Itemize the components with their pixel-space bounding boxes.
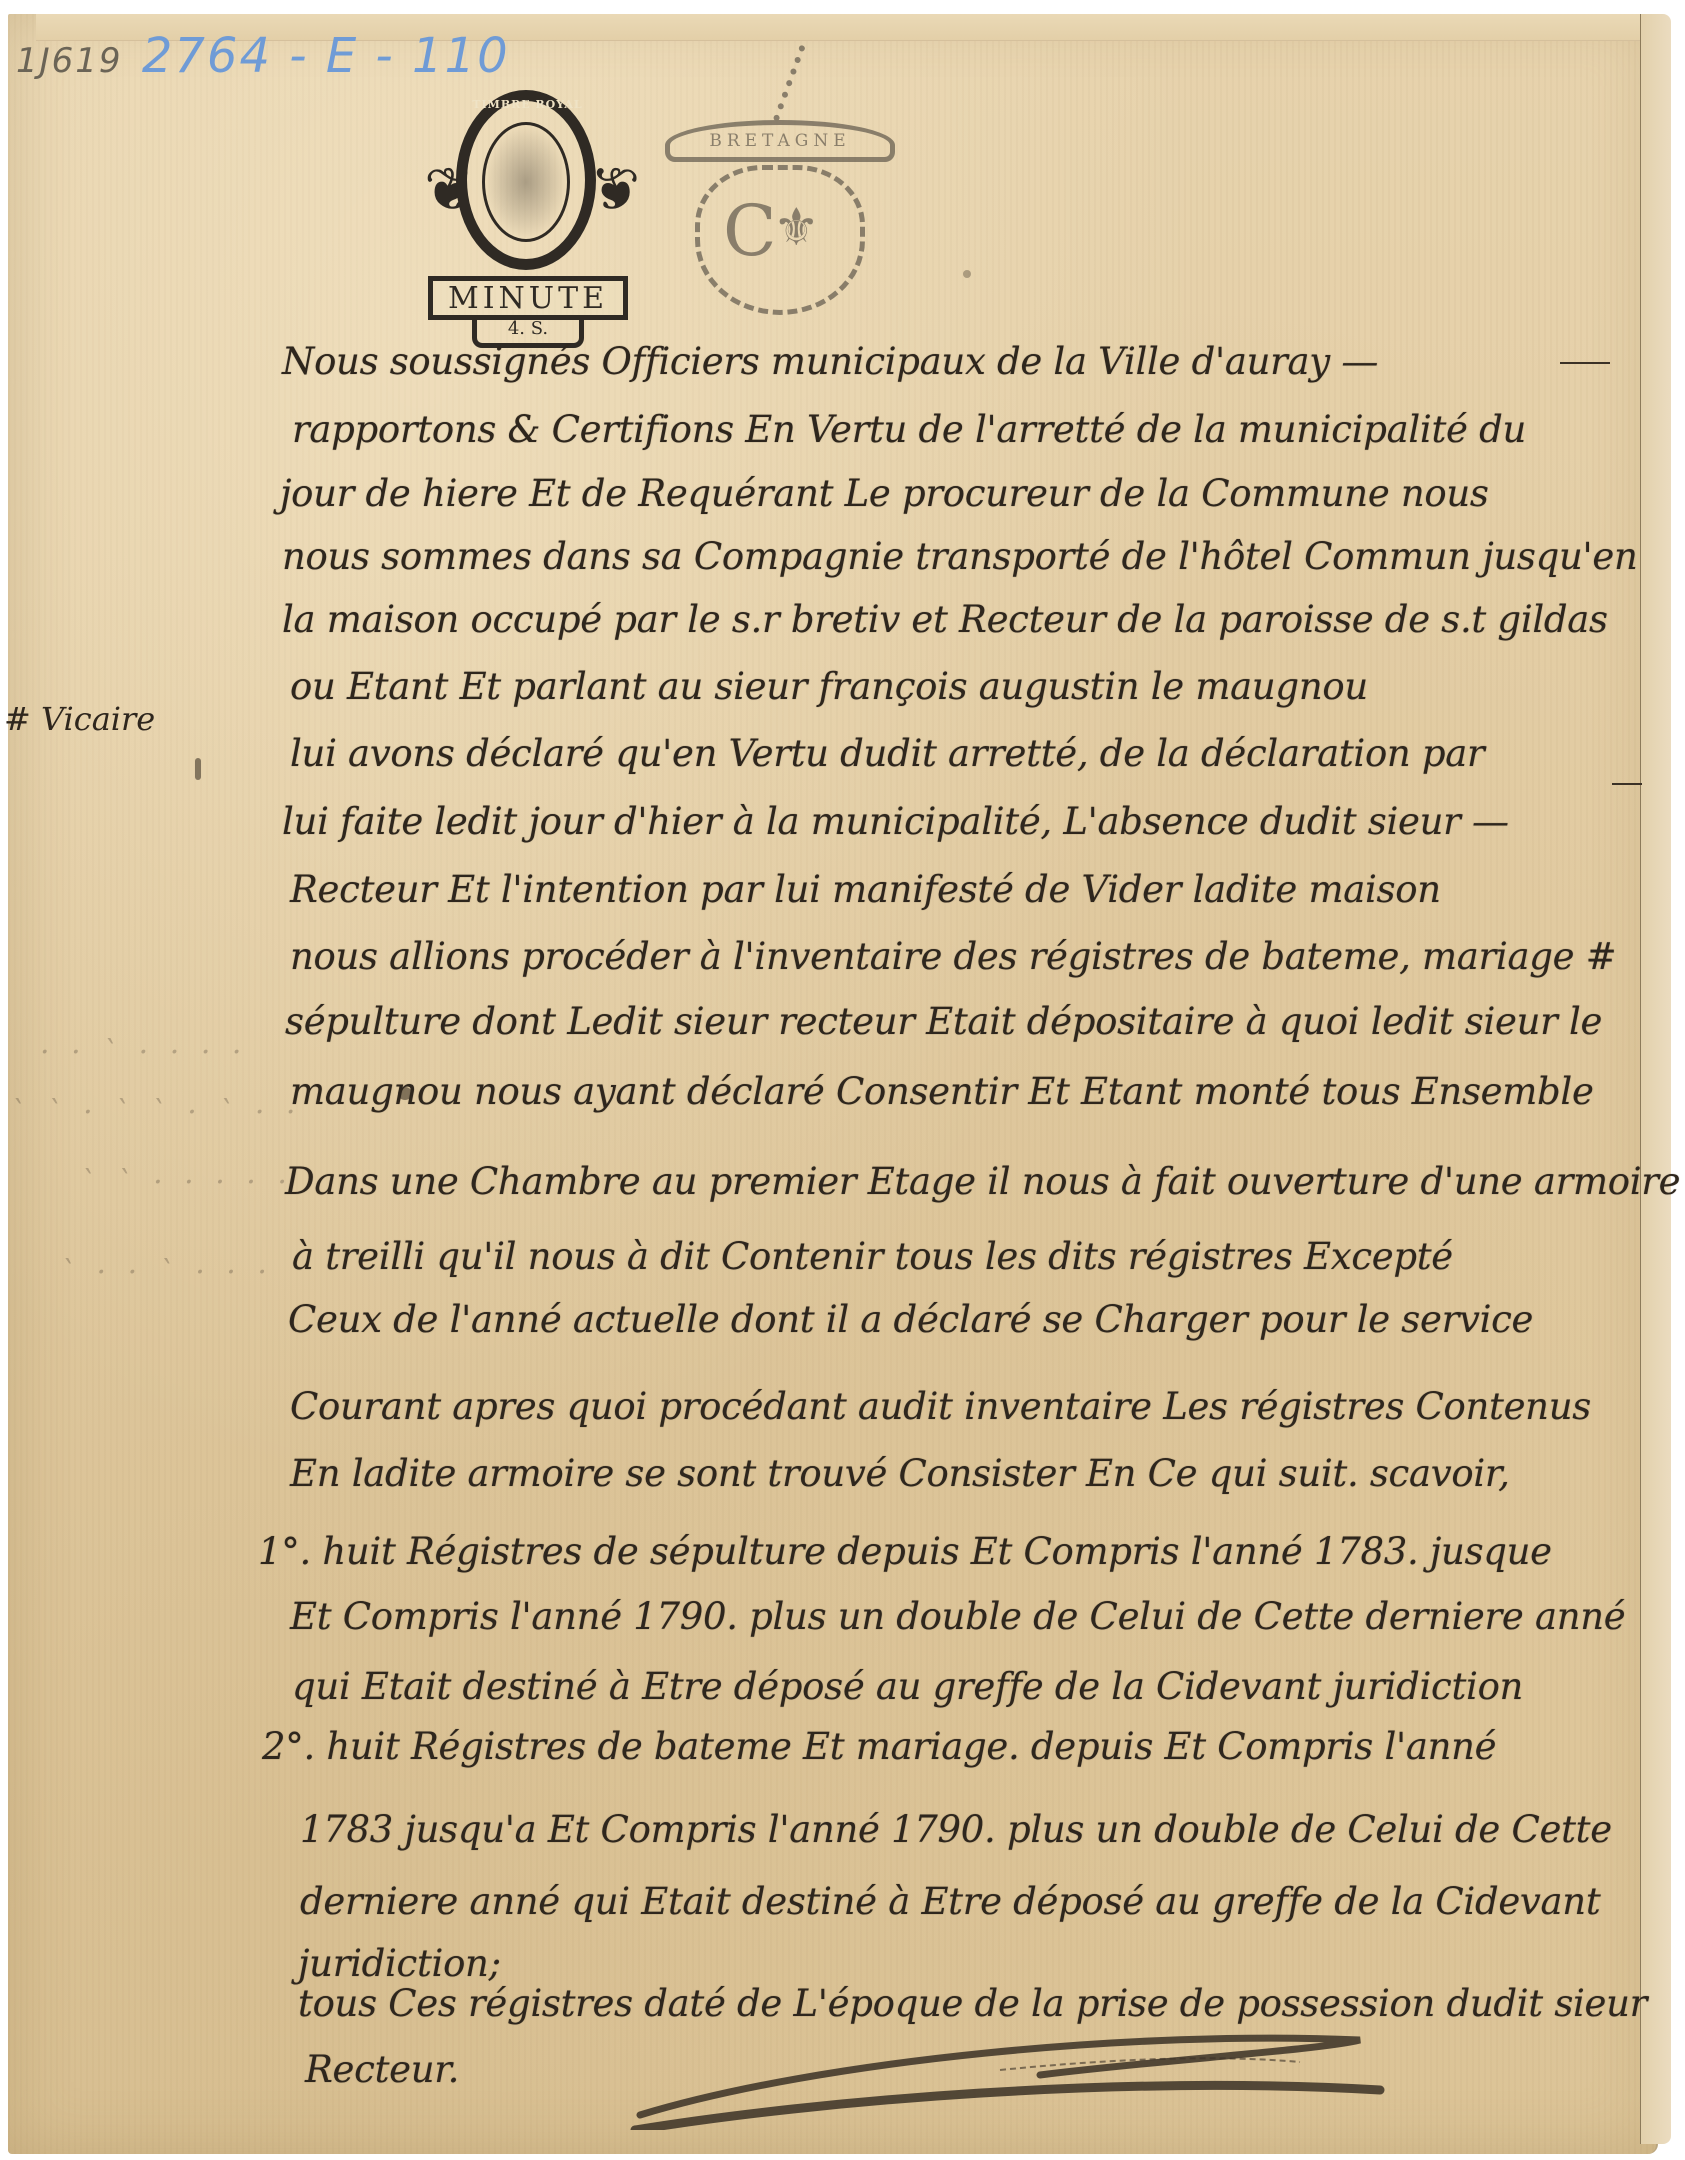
paraph-flourish-icon [620, 2020, 1400, 2130]
manuscript-line: la maison occupé par le s.r bretiv et Re… [282, 598, 1608, 641]
manuscript-line: rapportons & Certifions En Vertu de l'ar… [292, 408, 1526, 451]
manuscript-line: Courant apres quoi procédant audit inven… [290, 1385, 1591, 1428]
manuscript-line: Ceux de l'anné actuelle dont il a déclar… [288, 1298, 1533, 1341]
manuscript-line: Nous soussignés Officiers municipaux de … [282, 340, 1378, 383]
manuscript-line: nous sommes dans sa Compagnie transporté… [282, 535, 1638, 578]
manuscript-line: 1°. huit Régistres de sépulture depuis E… [258, 1530, 1552, 1573]
manuscript-line: Dans une Chambre au premier Etage il nou… [285, 1160, 1680, 1203]
manuscript-line: jour de hiere Et de Requérant Le procure… [280, 472, 1489, 515]
manuscript-line: maugnou nous ayant déclaré Consentir Et … [290, 1070, 1594, 1113]
manuscript-line: 1783 jusqu'a Et Compris l'anné 1790. plu… [300, 1808, 1612, 1851]
manuscript-line: derniere anné qui Etait destiné à Etre d… [300, 1880, 1600, 1923]
manuscript-line: à treilli qu'il nous à dit Contenir tous… [292, 1235, 1453, 1278]
manuscript-line: Recteur Et l'intention par lui manifesté… [290, 868, 1441, 911]
manuscript-line: juridiction; [298, 1942, 501, 1985]
manuscript-line: Et Compris l'anné 1790. plus un double d… [290, 1595, 1625, 1638]
manuscript-line: nous allions procéder à l'inventaire des… [290, 935, 1616, 978]
manuscript-line: qui Etait destiné à Etre déposé au greff… [292, 1665, 1523, 1708]
manuscript-line: tous Ces régistres daté de L'époque de l… [298, 1982, 1647, 2025]
manuscript-line: 2°. huit Régistres de bateme Et mariage.… [262, 1725, 1496, 1768]
manuscript-line: Recteur. [305, 2048, 459, 2091]
manuscript-line: lui avons déclaré qu'en Vertu dudit arre… [290, 732, 1484, 775]
manuscript-line: sépulture dont Ledit sieur recteur Etait… [285, 1000, 1602, 1043]
manuscript-line: ou Etant Et parlant au sieur françois au… [290, 665, 1368, 708]
manuscript-line: lui faite ledit jour d'hier à la municip… [282, 800, 1509, 843]
manuscript-line: En ladite armoire se sont trouvé Consist… [290, 1452, 1510, 1495]
manuscript-body: Nous soussignés Officiers municipaux de … [0, 0, 1685, 2160]
